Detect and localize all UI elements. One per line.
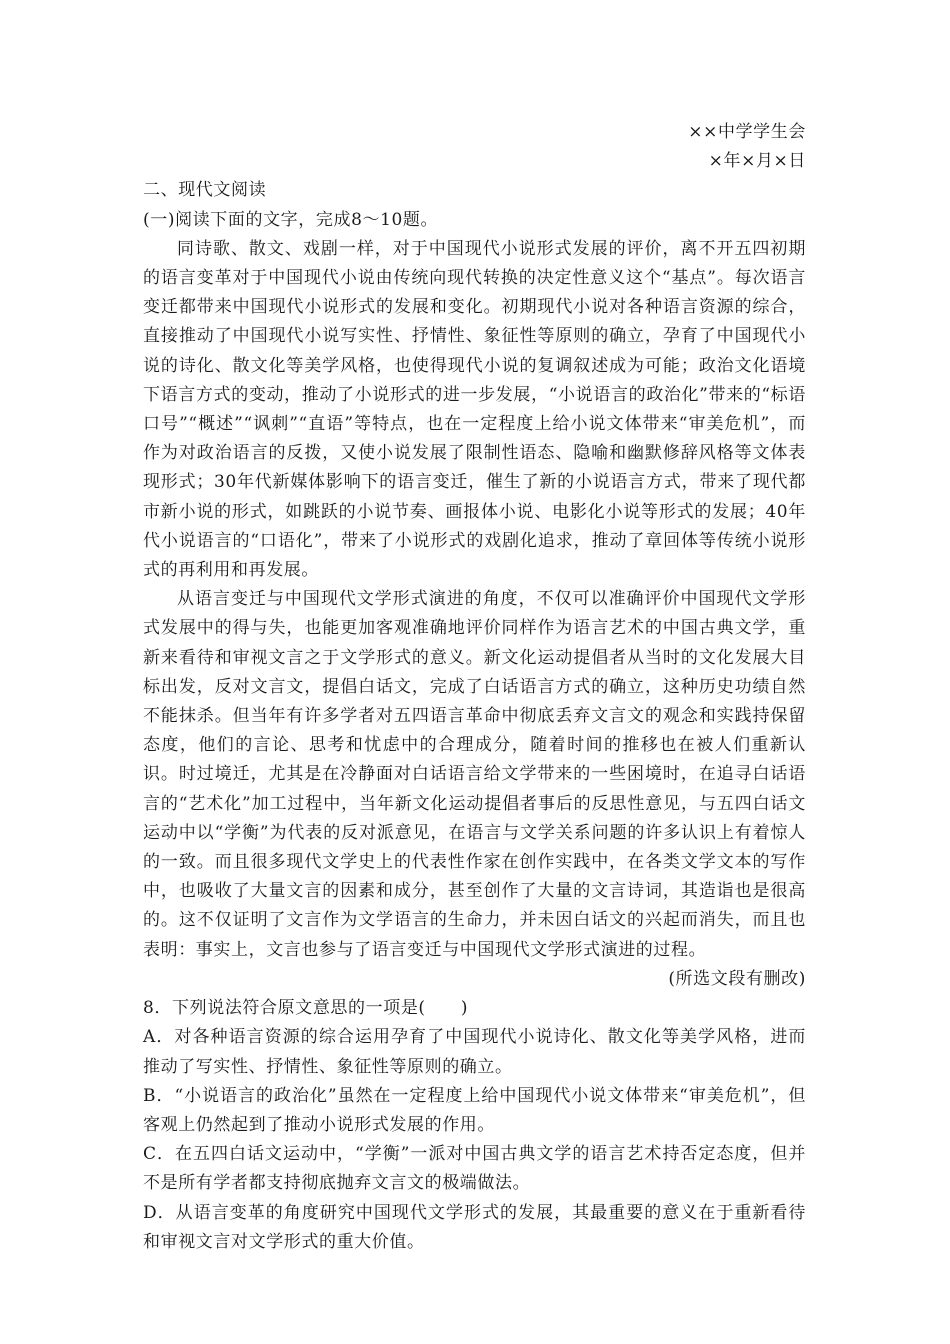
option-b: B．“小说语言的政治化”虽然在一定程度上给中国现代小说文体带来“审美危机”，但客…	[143, 1082, 806, 1140]
document-page: ××中学学生会 ×年×月×日 二、现代文阅读 (一)阅读下面的文字，完成8～10…	[143, 118, 806, 1257]
source-note: (所选文段有删改)	[143, 965, 806, 994]
passage-paragraph-2: 从语言变迁与中国现代文学形式演进的角度，不仅可以准确评价中国现代文学形式发展中的…	[143, 585, 806, 965]
question-stem: 8．下列说法符合原文意思的一项是( )	[143, 994, 806, 1023]
section-heading: 二、现代文阅读	[143, 176, 806, 205]
signature-org: ××中学学生会	[143, 118, 806, 147]
option-c: C．在五四白话文运动中，“学衡”一派对中国古典文学的语言艺术持否定态度，但并不是…	[143, 1140, 806, 1198]
passage-paragraph-1: 同诗歌、散文、戏剧一样，对于中国现代小说形式发展的评价，离不开五四初期的语言变革…	[143, 235, 806, 585]
signature-date: ×年×月×日	[143, 147, 806, 176]
option-d: D．从语言变革的角度研究中国现代文学形式的发展，其最重要的意义在于重新看待和审视…	[143, 1199, 806, 1257]
section-instruction: (一)阅读下面的文字，完成8～10题。	[143, 206, 806, 235]
option-a: A．对各种语言资源的综合运用孕育了中国现代小说诗化、散文化等美学风格，进而推动了…	[143, 1023, 806, 1081]
